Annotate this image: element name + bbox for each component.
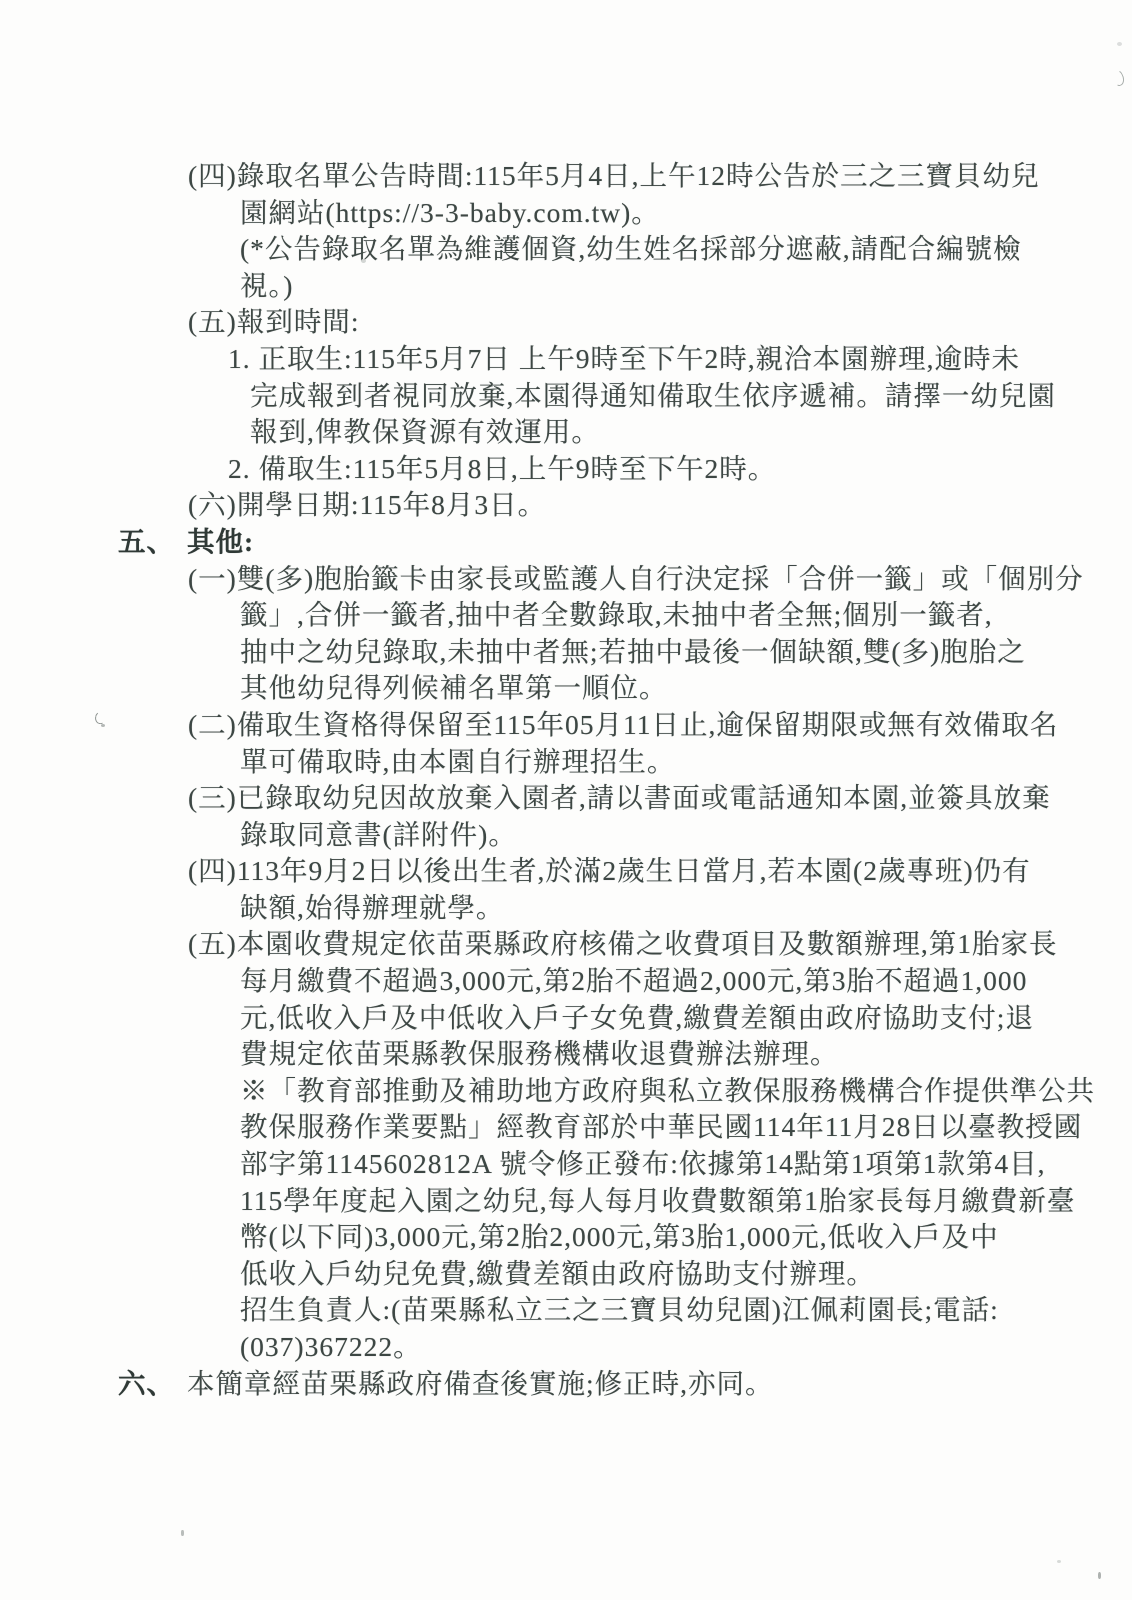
doc-line: (五)報到時間: xyxy=(0,304,1132,341)
doc-line: 缺額,始得辦理就學。 xyxy=(0,890,1132,927)
scan-artifact xyxy=(1117,42,1122,46)
doc-line: 1. 正取生:115年5月7日 上午9時至下午2時,親洽本園辦理,逾時未 xyxy=(0,341,1132,378)
document-body: (四)錄取名單公告時間:115年5月4日,上午12時公告於三之三寶貝幼兒 園網站… xyxy=(0,158,1132,1402)
scan-artifact xyxy=(1110,69,1126,87)
doc-line-ministry-note: ※「教育部推動及補助地方政府與私立教保服務機構合作提供準公共 xyxy=(0,1073,1132,1110)
doc-line: 抽中之幼兒錄取,未抽中者無;若抽中最後一個缺額,雙(多)胞胎之 xyxy=(0,634,1132,671)
doc-line: (一)雙(多)胞胎籤卡由家長或監護人自行決定採「合併一籤」或「個別分 xyxy=(0,561,1132,598)
doc-line: 錄取同意書(詳附件)。 xyxy=(0,817,1132,854)
doc-line: 其他幼兒得列候補名單第一順位。 xyxy=(0,670,1132,707)
doc-line-privacy-note: (*公告錄取名單為維護個資,幼生姓名採部分遮蔽,請配合編號檢 xyxy=(0,231,1132,268)
doc-line: 115學年度起入園之幼兒,每人每月收費數額第1胎家長每月繳費新臺 xyxy=(0,1183,1132,1220)
doc-line: 2. 備取生:115年5月8日,上午9時至下午2時。 xyxy=(0,451,1132,488)
doc-line: (六)開學日期:115年8月3日。 xyxy=(0,487,1132,524)
doc-line: 每月繳費不超過3,000元,第2胎不超過2,000元,第3胎不超過1,000 xyxy=(0,963,1132,1000)
section-6-marker: 六、 xyxy=(118,1366,187,1403)
section-6-line: 六、本簡章經苗栗縣政府備查後實施;修正時,亦同。 xyxy=(0,1366,1132,1403)
scan-artifact xyxy=(181,1530,184,1536)
scanned-page: (四)錄取名單公告時間:115年5月4日,上午12時公告於三之三寶貝幼兒 園網站… xyxy=(0,0,1132,1600)
doc-line-phone: (037)367222。 xyxy=(0,1329,1132,1366)
scan-artifact xyxy=(1057,1560,1061,1563)
doc-line: 單可備取時,由本園自行辦理招生。 xyxy=(0,744,1132,781)
doc-line: 部字第1145602812A 號令修正發布:依據第14點第1項第1款第4目, xyxy=(0,1146,1132,1183)
section-5-title: 其他: xyxy=(187,526,254,557)
doc-line: (四)113年9月2日以後出生者,於滿2歲生日當月,若本園(2歲專班)仍有 xyxy=(0,853,1132,890)
doc-line: 教保服務作業要點」經教育部於中華民國114年11月28日以臺教授國 xyxy=(0,1109,1132,1146)
doc-line: 園網站(https://3-3-baby.com.tw)。 xyxy=(0,195,1132,232)
doc-line: (四)錄取名單公告時間:115年5月4日,上午12時公告於三之三寶貝幼兒 xyxy=(0,158,1132,195)
doc-line: 元,低收入戶及中低收入戶子女免費,繳費差額由政府協助支付;退 xyxy=(0,1000,1132,1037)
doc-line: 幣(以下同)3,000元,第2胎2,000元,第3胎1,000元,低收入戶及中 xyxy=(0,1219,1132,1256)
doc-line: 視。) xyxy=(0,268,1132,305)
doc-line: 低收入戶幼兒免費,繳費差額由政府協助支付辦理。 xyxy=(0,1256,1132,1293)
doc-line: 籤」,合併一籤者,抽中者全數錄取,未抽中者全無;個別一籤者, xyxy=(0,597,1132,634)
doc-line: (三)已錄取幼兒因故放棄入園者,請以書面或電話通知本園,並簽具放棄 xyxy=(0,780,1132,817)
doc-line: (二)備取生資格得保留至115年05月11日止,逾保留期限或無有效備取名 xyxy=(0,707,1132,744)
section-6-text: 本簡章經苗栗縣政府備查後實施;修正時,亦同。 xyxy=(187,1368,774,1399)
doc-line: 完成報到者視同放棄,本園得通知備取生依序遞補。請擇一幼兒園 xyxy=(0,378,1132,415)
doc-line-contact: 招生負責人:(苗栗縣私立三之三寶貝幼兒園)江佩莉園長;電話: xyxy=(0,1292,1132,1329)
doc-line: 報到,俾教保資源有效運用。 xyxy=(0,414,1132,451)
section-5-marker: 五、 xyxy=(118,524,187,561)
doc-line: 費規定依苗栗縣教保服務機構收退費辦法辦理。 xyxy=(0,1036,1132,1073)
section-5-header: 五、其他: xyxy=(0,524,1132,561)
scan-artifact xyxy=(1098,1572,1101,1579)
doc-line: (五)本園收費規定依苗栗縣政府核備之收費項目及數額辦理,第1胎家長 xyxy=(0,926,1132,963)
